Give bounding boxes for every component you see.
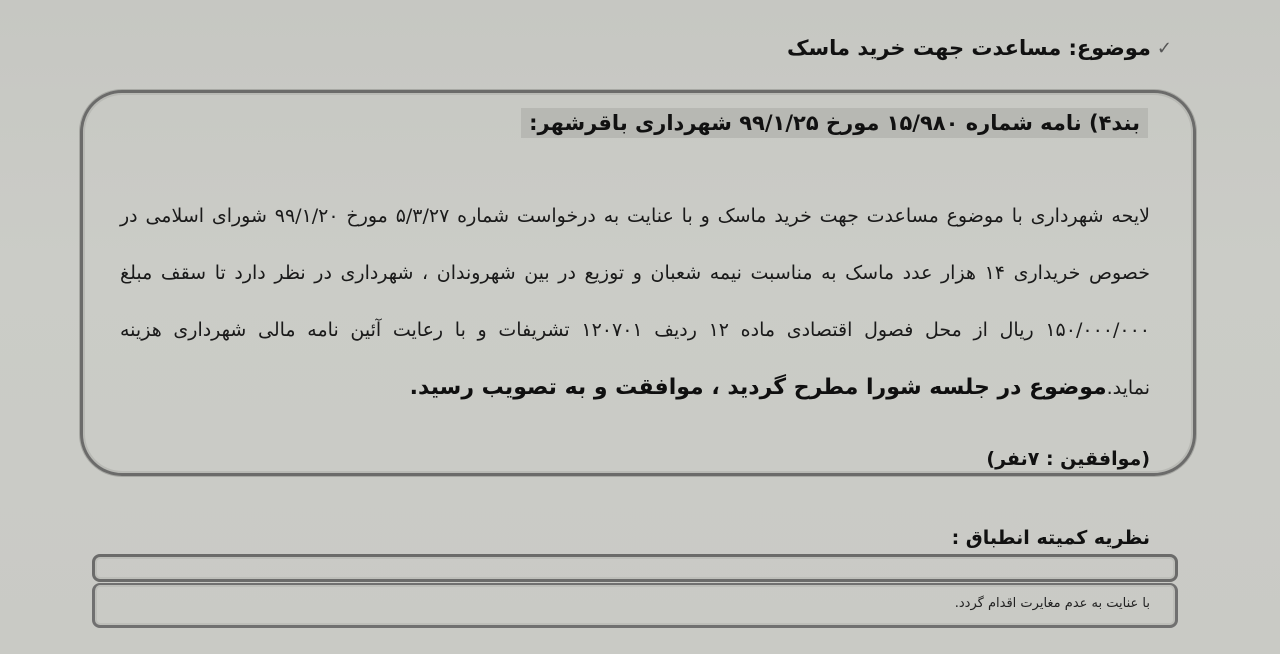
clause-body: لایحه شهرداری با موضوع مساعدت جهت خرید م… bbox=[120, 188, 1150, 417]
document-page: ✓ موضوع: مساعدت جهت خرید ماسک بند۴) نامه… bbox=[0, 0, 1280, 654]
committee-label: نظریه کمیته انطباق : bbox=[952, 527, 1150, 549]
clause-body-approval: موضوع در جلسه شورا مطرح گردید ، موافقت و… bbox=[410, 375, 1107, 400]
subject-heading: ✓ موضوع: مساعدت جهت خرید ماسک bbox=[787, 36, 1172, 60]
clause-body-regular: لایحه شهرداری با موضوع مساعدت جهت خرید م… bbox=[120, 205, 1150, 399]
subject-label: موضوع: مساعدت جهت خرید ماسک bbox=[787, 36, 1151, 60]
votes-count: (موافقین : ۷نفر) bbox=[986, 448, 1150, 470]
committee-opinion: با عنایت به عدم مغایرت اقدام گردد. bbox=[955, 596, 1150, 611]
clause-title: بند۴) نامه شماره ۱۵/۹۸۰ مورخ ۹۹/۱/۲۵ شهر… bbox=[521, 108, 1148, 138]
check-icon: ✓ bbox=[1157, 38, 1172, 59]
committee-frame-top bbox=[92, 554, 1178, 582]
